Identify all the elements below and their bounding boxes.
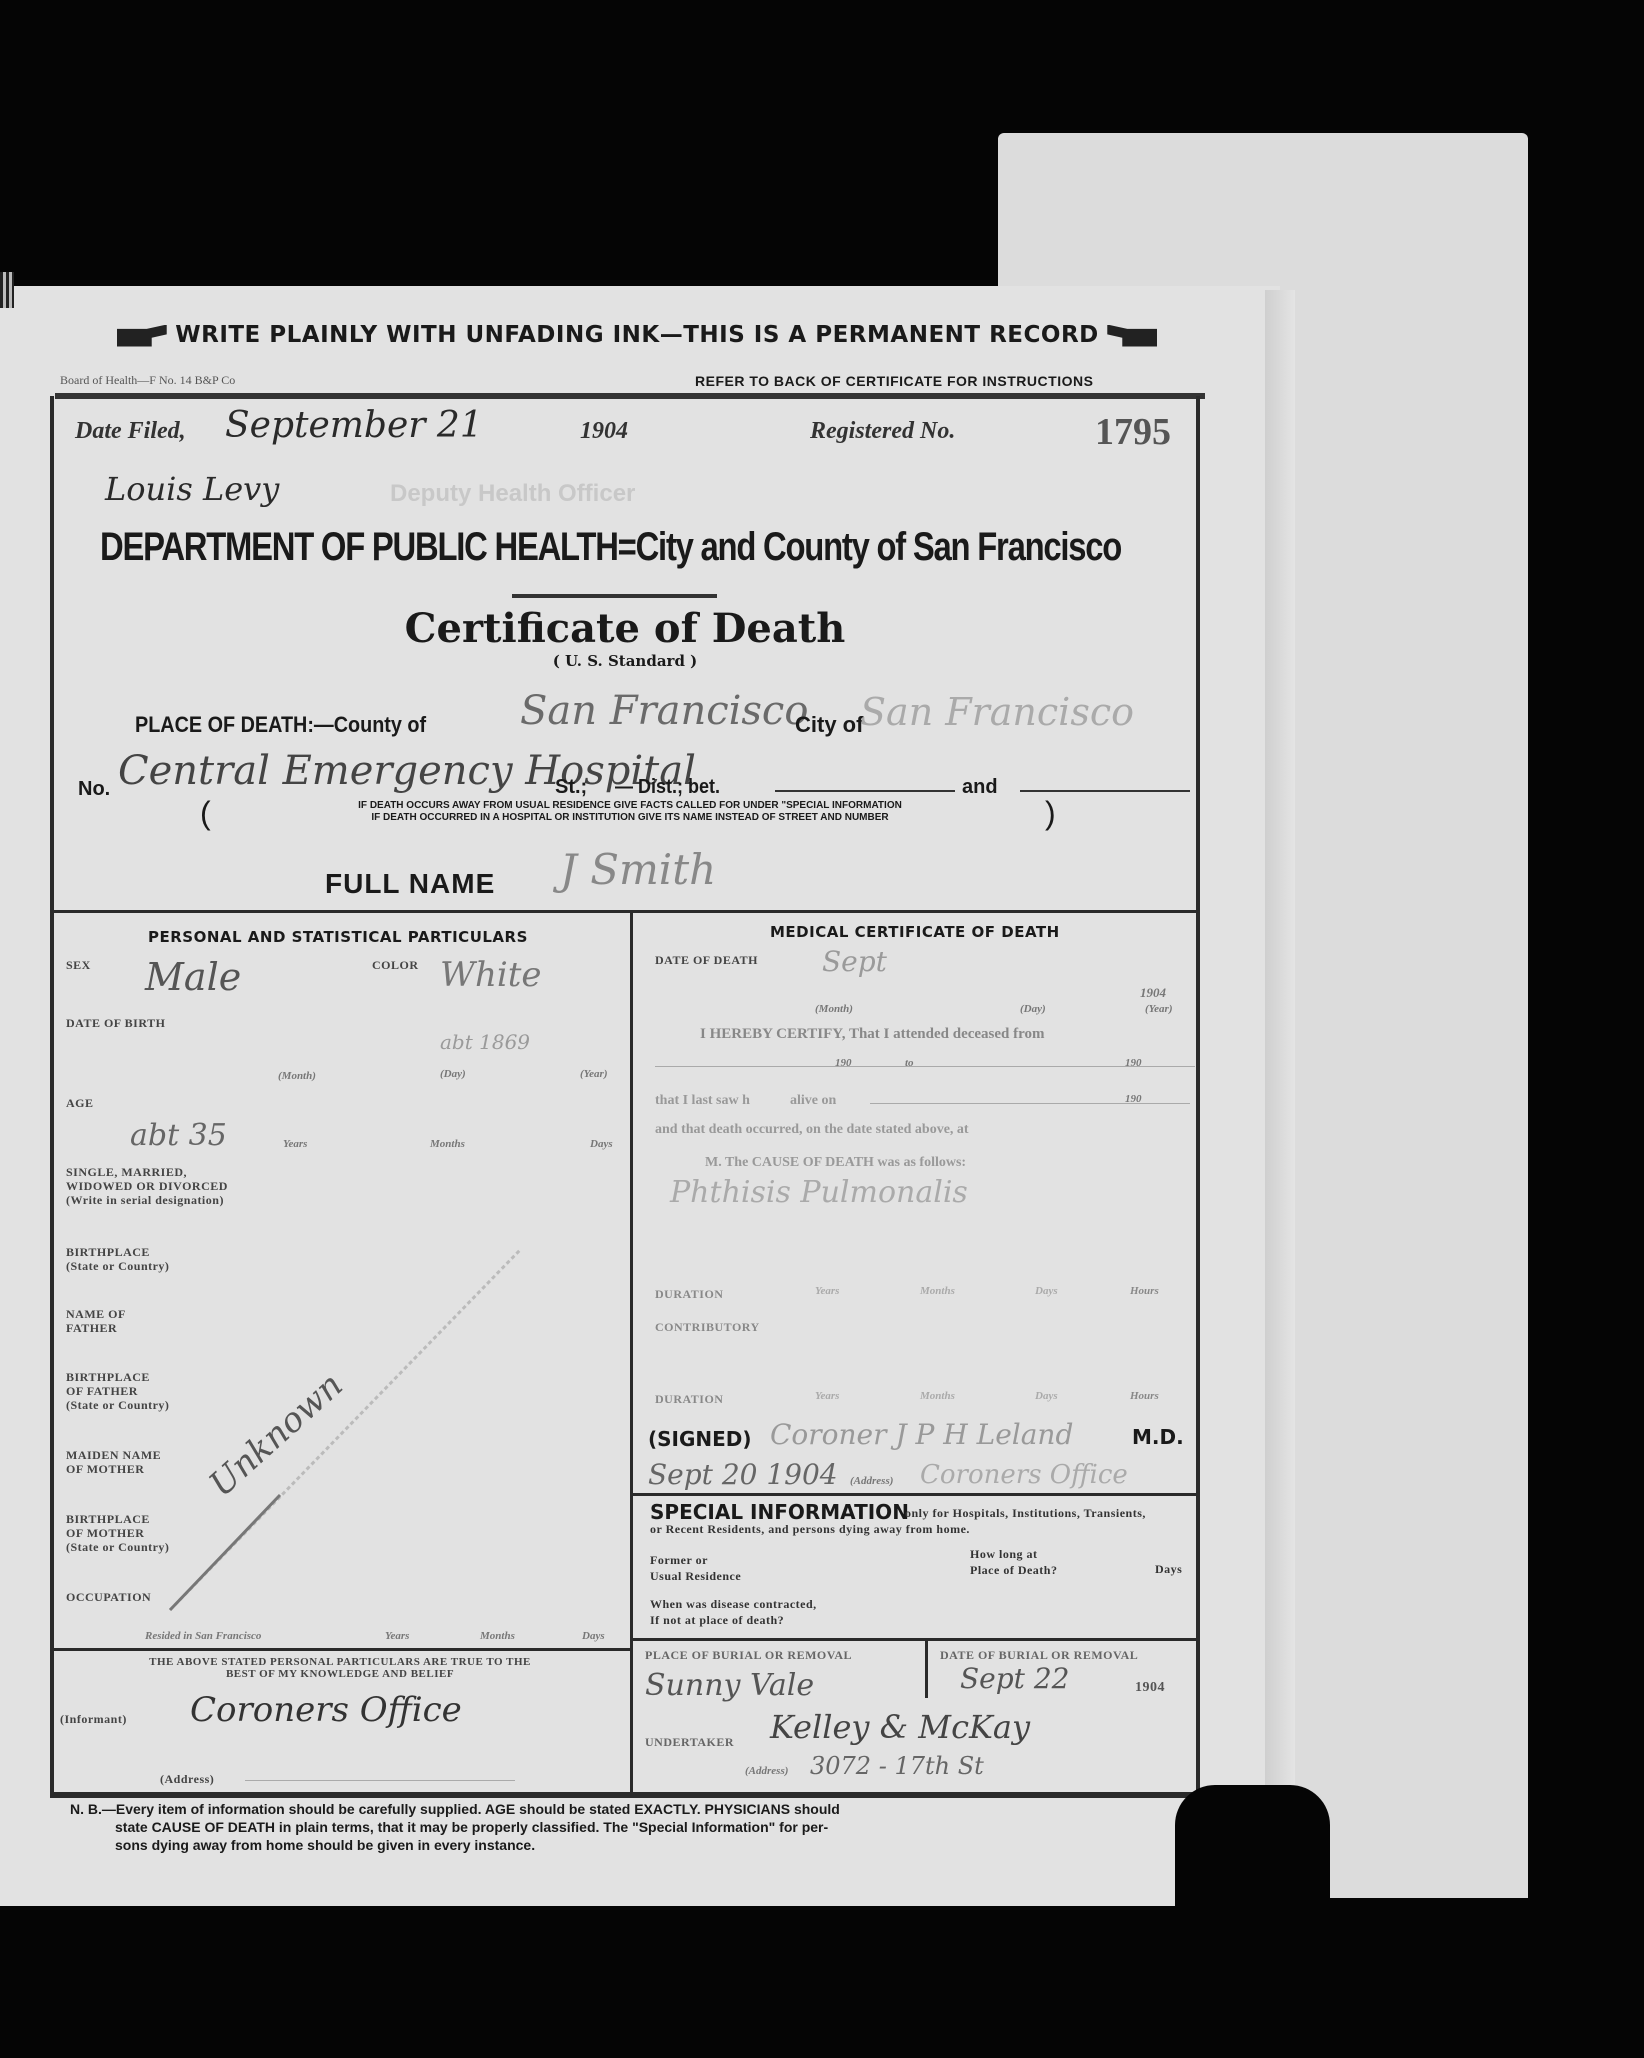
mother-bp-label-3: (State or Country) [66,1540,169,1554]
contracted-label-2: If not at place of death? [650,1612,817,1628]
informant-statement: THE ABOVE STATED PERSONAL PARTICULARS AR… [60,1656,620,1680]
county-value: San Francisco [520,688,808,734]
special-note-1: only for Hospitals, Institutions, Transi… [905,1506,1146,1521]
undertaker-address-label: (Address) [745,1765,788,1777]
mother-bp-label-2: OF MOTHER [66,1526,169,1540]
dod-month-value: Sept [822,945,887,978]
certify-190-a: 190 [835,1057,852,1069]
registrar-title: Deputy Health Officer [390,480,635,508]
md-label: M.D. [1132,1425,1184,1449]
resided-label: Resided in San Francisco [145,1630,261,1642]
place-of-death-label: PLACE OF DEATH:—County of [135,712,426,738]
dob-month-label: (Month) [278,1070,316,1082]
physician-address-label: (Address) [850,1475,893,1487]
age-days-label: Days [590,1138,613,1150]
contracted-label-1: When was disease contracted, [650,1596,817,1612]
date-filed-label: Date Filed, [75,418,186,445]
contributory-label: CONTRIBUTORY [655,1320,760,1335]
burial-column-divider [925,1640,928,1698]
certify-190-b: 190 [1125,1057,1142,1069]
thumb-shadow [1175,1785,1330,2058]
mother-bp-label-1: BIRTHPLACE [66,1512,169,1526]
alive-on-line [870,1103,1190,1104]
marital-label-1: SINGLE, MARRIED, [66,1165,228,1179]
registrar-signature: Louis Levy [105,470,279,508]
father-bp-label-1: BIRTHPLACE [66,1370,169,1384]
column-divider [630,912,633,1792]
father-name-label: NAME OF FATHER [66,1307,126,1335]
certify-line-2-rule [655,1066,1195,1067]
birthplace-label-2: (State or Country) [66,1259,169,1273]
color-value: White [440,955,542,995]
duration-2-years: Years [815,1390,839,1402]
duration-days: Days [1035,1285,1058,1297]
dod-year-label: (Year) [1145,1003,1173,1015]
unknown-diagonal-line [160,1240,540,1620]
last-saw-label: that I last saw h [655,1093,750,1109]
duration-2-days: Days [1035,1390,1058,1402]
us-standard-label: ( U. S. Standard ) [345,652,905,670]
street-label: St.; [555,776,587,799]
birthplace-label-1: BIRTHPLACE [66,1245,169,1259]
year-filed: 1904 [580,418,628,445]
district-label: — Dist.; bet. [615,776,720,799]
note-bracket-open: ( [200,795,211,832]
certify-to: to [905,1057,914,1069]
footnote: N. B.—Every item of information should b… [70,1800,1120,1854]
section-divider [52,910,1197,913]
age-months-label: Months [430,1138,465,1150]
bottom-rule [50,1793,1200,1798]
dob-day-label: (Day) [440,1068,466,1080]
binding-edge [0,272,14,308]
mother-birthplace-label: BIRTHPLACE OF MOTHER (State or Country) [66,1512,169,1554]
how-long-label: How long at Place of Death? [970,1546,1057,1578]
disease-contracted-label: When was disease contracted, If not at p… [650,1596,817,1628]
resided-months-label: Months [480,1630,515,1642]
number-label: No. [78,778,110,801]
dob-value: abt 1869 [440,1030,530,1054]
dod-month-label: (Month) [815,1003,853,1015]
how-long-label-1: How long at [970,1546,1057,1562]
duration-years: Years [815,1285,839,1297]
father-label-1: NAME OF [66,1307,126,1321]
burial-date-label: DATE OF BURIAL OR REMOVAL [940,1648,1138,1663]
place-note-line-1: IF DEATH OCCURS AWAY FROM USUAL RESIDENC… [225,800,1035,812]
father-bp-label-2: OF FATHER [66,1384,169,1398]
duration-2-hours: Hours [1130,1390,1159,1402]
form-number: Board of Health—F No. 14 B&P Co [60,373,235,388]
place-note: IF DEATH OCCURS AWAY FROM USUAL RESIDENC… [225,800,1035,824]
burial-divider [632,1638,1197,1641]
informant-statement-1: THE ABOVE STATED PERSONAL PARTICULARS AR… [60,1656,620,1668]
duration-2-months: Months [920,1390,955,1402]
how-long-label-2: Place of Death? [970,1562,1057,1578]
certify-line-1: I HEREBY CERTIFY, That I attended deceas… [700,1026,1045,1043]
duration-2-label: DURATION [655,1392,723,1407]
certificate-title: Certificate of Death [345,605,905,652]
banner-text: WRITE PLAINLY WITH UNFADING INK—THIS IS … [175,322,1099,348]
refer-instructions: REFER TO BACK OF CERTIFICATE FOR INSTRUC… [695,373,1093,389]
signed-date: Sept 20 1904 [648,1458,838,1491]
dod-year-value: 1904 [1140,985,1166,1001]
father-bp-label-3: (State or Country) [66,1398,169,1412]
pointing-hand-icon [117,325,167,347]
sex-value: Male [145,955,241,999]
note-bracket-close: ) [1045,795,1056,832]
informant-value: Coroners Office [190,1690,462,1730]
cause-of-death-value: Phthisis Pulmonalis [670,1175,968,1210]
marital-label-2: WIDOWED OR DIVORCED [66,1179,228,1193]
physician-address-value: Coroners Office [920,1460,1128,1490]
personal-heading: PERSONAL AND STATISTICAL PARTICULARS [148,928,528,946]
age-years-label: Years [283,1138,307,1150]
footnote-line-3: sons dying away from home should be give… [70,1836,1120,1854]
resided-days-label: Days [582,1630,605,1642]
page-edge-shadow [1265,290,1295,1890]
marital-label: SINGLE, MARRIED, WIDOWED OR DIVORCED (Wr… [66,1165,228,1207]
ink-warning-banner: WRITE PLAINLY WITH UNFADING INK—THIS IS … [112,322,1162,348]
footnote-line-2: state CAUSE OF DEATH in plain terms, tha… [70,1818,1120,1836]
and-line [1020,790,1190,792]
date-filed-value: September 21 [225,405,483,446]
age-value: abt 35 [130,1118,227,1153]
burial-place-value: Sunny Vale [645,1668,814,1703]
and-label: and [962,776,998,799]
special-note-2: or Recent Residents, and persons dying a… [650,1522,970,1537]
sex-label: SEX [66,958,91,973]
dob-label: DATE OF BIRTH [66,1016,165,1031]
registered-label: Registered No. [810,418,955,445]
duration-label: DURATION [655,1287,723,1302]
mother-label-1: MAIDEN NAME [66,1448,161,1462]
undertaker-address-value: 3072 - 17th St [810,1752,984,1780]
father-birthplace-label: BIRTHPLACE OF FATHER (State or Country) [66,1370,169,1412]
burial-date-value: Sept 22 [960,1662,1069,1695]
age-label: AGE [66,1096,94,1111]
residence-label-2: Usual Residence [650,1568,741,1584]
duration-months: Months [920,1285,955,1297]
undertaker-label: UNDERTAKER [645,1735,734,1750]
informant-divider [52,1648,630,1651]
address-value: Central Emergency Hospital [118,748,696,794]
resided-years-label: Years [385,1630,409,1642]
registered-number: 1795 [1095,410,1171,454]
city-value: San Francisco [860,690,1134,734]
burial-place-label: PLACE OF BURIAL OR REMOVAL [645,1648,852,1663]
full-name-label: FULL NAME [325,868,495,900]
death-occurred-label: and that death occurred, on the date sta… [655,1122,969,1138]
days-label: Days [1155,1562,1182,1577]
city-label: City of [795,712,863,738]
informant-address-label: (Address) [160,1772,214,1787]
special-heading: SPECIAL INFORMATION [650,1500,909,1524]
pointing-hand-icon [1107,325,1157,347]
mother-name-label: MAIDEN NAME OF MOTHER [66,1448,161,1476]
place-note-line-2: IF DEATH OCCURRED IN A HOSPITAL OR INSTI… [225,812,1035,824]
burial-year: 1904 [1135,1680,1165,1696]
occupation-label: OCCUPATION [66,1590,151,1605]
mother-label-2: OF MOTHER [66,1462,161,1476]
duration-hours: Hours [1130,1285,1159,1297]
signed-value: Coroner J P H Leland [770,1418,1073,1451]
usual-residence-label: Former or Usual Residence [650,1552,741,1584]
birthplace-label: BIRTHPLACE (State or Country) [66,1245,169,1273]
father-label-2: FATHER [66,1321,126,1335]
district-line [775,790,955,792]
medical-heading: MEDICAL CERTIFICATE OF DEATH [770,923,1060,941]
certify-190-c: 190 [1125,1093,1142,1105]
footnote-line-1: N. B.—Every item of information should b… [70,1800,1120,1818]
informant-label: (Informant) [60,1712,127,1727]
dod-day-label: (Day) [1020,1003,1046,1015]
informant-address-line [245,1780,515,1781]
dod-label: DATE OF DEATH [655,953,758,968]
full-name-value: J Smith [560,845,716,894]
title-rule [512,594,717,598]
cause-of-death-label: M. The CAUSE OF DEATH was as follows: [705,1155,966,1171]
marital-label-3: (Write in serial designation) [66,1193,228,1207]
dob-year-label: (Year) [580,1068,608,1080]
department-title: DEPARTMENT OF PUBLIC HEALTH=City and Cou… [100,525,1121,570]
undertaker-value: Kelley & McKay [770,1708,1030,1746]
alive-on-label: alive on [790,1093,836,1109]
informant-statement-2: BEST OF MY KNOWLEDGE AND BELIEF [60,1668,620,1680]
special-divider [632,1493,1197,1496]
signed-label: (SIGNED) [648,1427,752,1451]
residence-label-1: Former or [650,1552,741,1568]
color-label: COLOR [372,958,419,973]
